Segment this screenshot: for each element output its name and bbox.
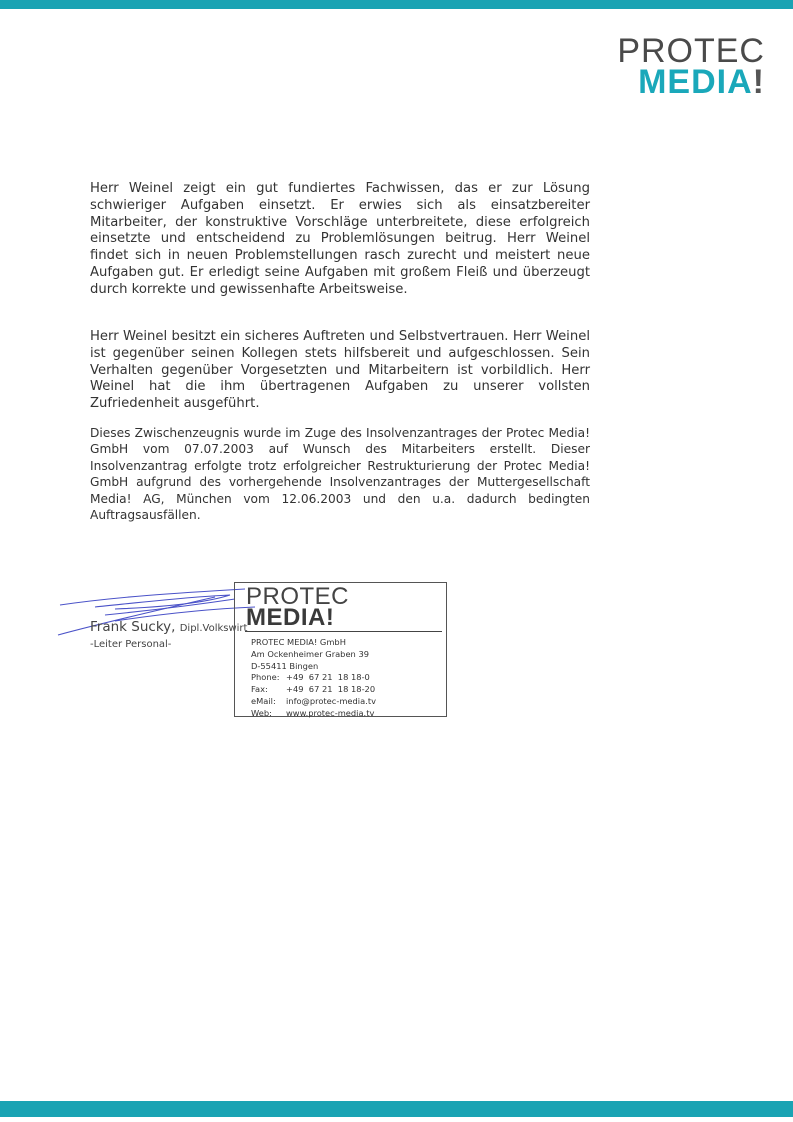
- stamp-phone-label: Phone:: [251, 672, 286, 684]
- company-stamp: PROTEC MEDIA! PROTEC MEDIA! GmbH Am Ocke…: [234, 582, 447, 717]
- stamp-email-label: eMail:: [251, 696, 286, 708]
- paragraph-conduct: Herr Weinel besitzt ein sicheres Auftret…: [90, 329, 590, 413]
- paragraph-competence: Herr Weinel zeigt ein gut fundiertes Fac…: [90, 181, 590, 299]
- handwritten-signature: [55, 585, 255, 645]
- signatory-role: -Leiter Personal-: [90, 639, 171, 650]
- signatory-name: Frank Sucky, Dipl.Volkswirt: [90, 619, 247, 635]
- company-logo: PROTEC MEDIA!: [585, 36, 765, 98]
- stamp-logo-media: MEDIA!: [246, 605, 334, 631]
- stamp-divider: [245, 631, 442, 632]
- stamp-web: Web:www.protec-media.tv: [251, 708, 376, 720]
- signatory-name-text: Frank Sucky,: [90, 619, 175, 635]
- paragraph-insolvency-note: Dieses Zwischenzeugnis wurde im Zuge des…: [90, 425, 590, 523]
- stamp-street: Am Ockenheimer Graben 39: [251, 649, 376, 661]
- stamp-phone-value: +49 67 21 18 18-0: [286, 672, 370, 684]
- stamp-email-value: info@protec-media.tv: [286, 696, 376, 708]
- stamp-phone: Phone:+49 67 21 18 18-0: [251, 672, 376, 684]
- logo-line-protec: PROTEC: [585, 36, 765, 66]
- stamp-fax-label: Fax:: [251, 684, 286, 696]
- stamp-fax-value: +49 67 21 18 18-20: [286, 684, 375, 696]
- logo-exclamation: !: [753, 63, 765, 101]
- stamp-city: D-55411 Bingen: [251, 661, 376, 673]
- logo-media-text: MEDIA: [638, 63, 753, 101]
- bottom-color-band: [0, 1101, 793, 1117]
- stamp-address-block: PROTEC MEDIA! GmbH Am Ockenheimer Graben…: [251, 637, 376, 720]
- stamp-web-label: Web:: [251, 708, 286, 720]
- logo-line-media: MEDIA!: [585, 66, 765, 98]
- stamp-web-value: www.protec-media.tv: [286, 708, 374, 720]
- stamp-company: PROTEC MEDIA! GmbH: [251, 637, 376, 649]
- stamp-email: eMail:info@protec-media.tv: [251, 696, 376, 708]
- top-color-band: [0, 0, 793, 9]
- stamp-fax: Fax:+49 67 21 18 18-20: [251, 684, 376, 696]
